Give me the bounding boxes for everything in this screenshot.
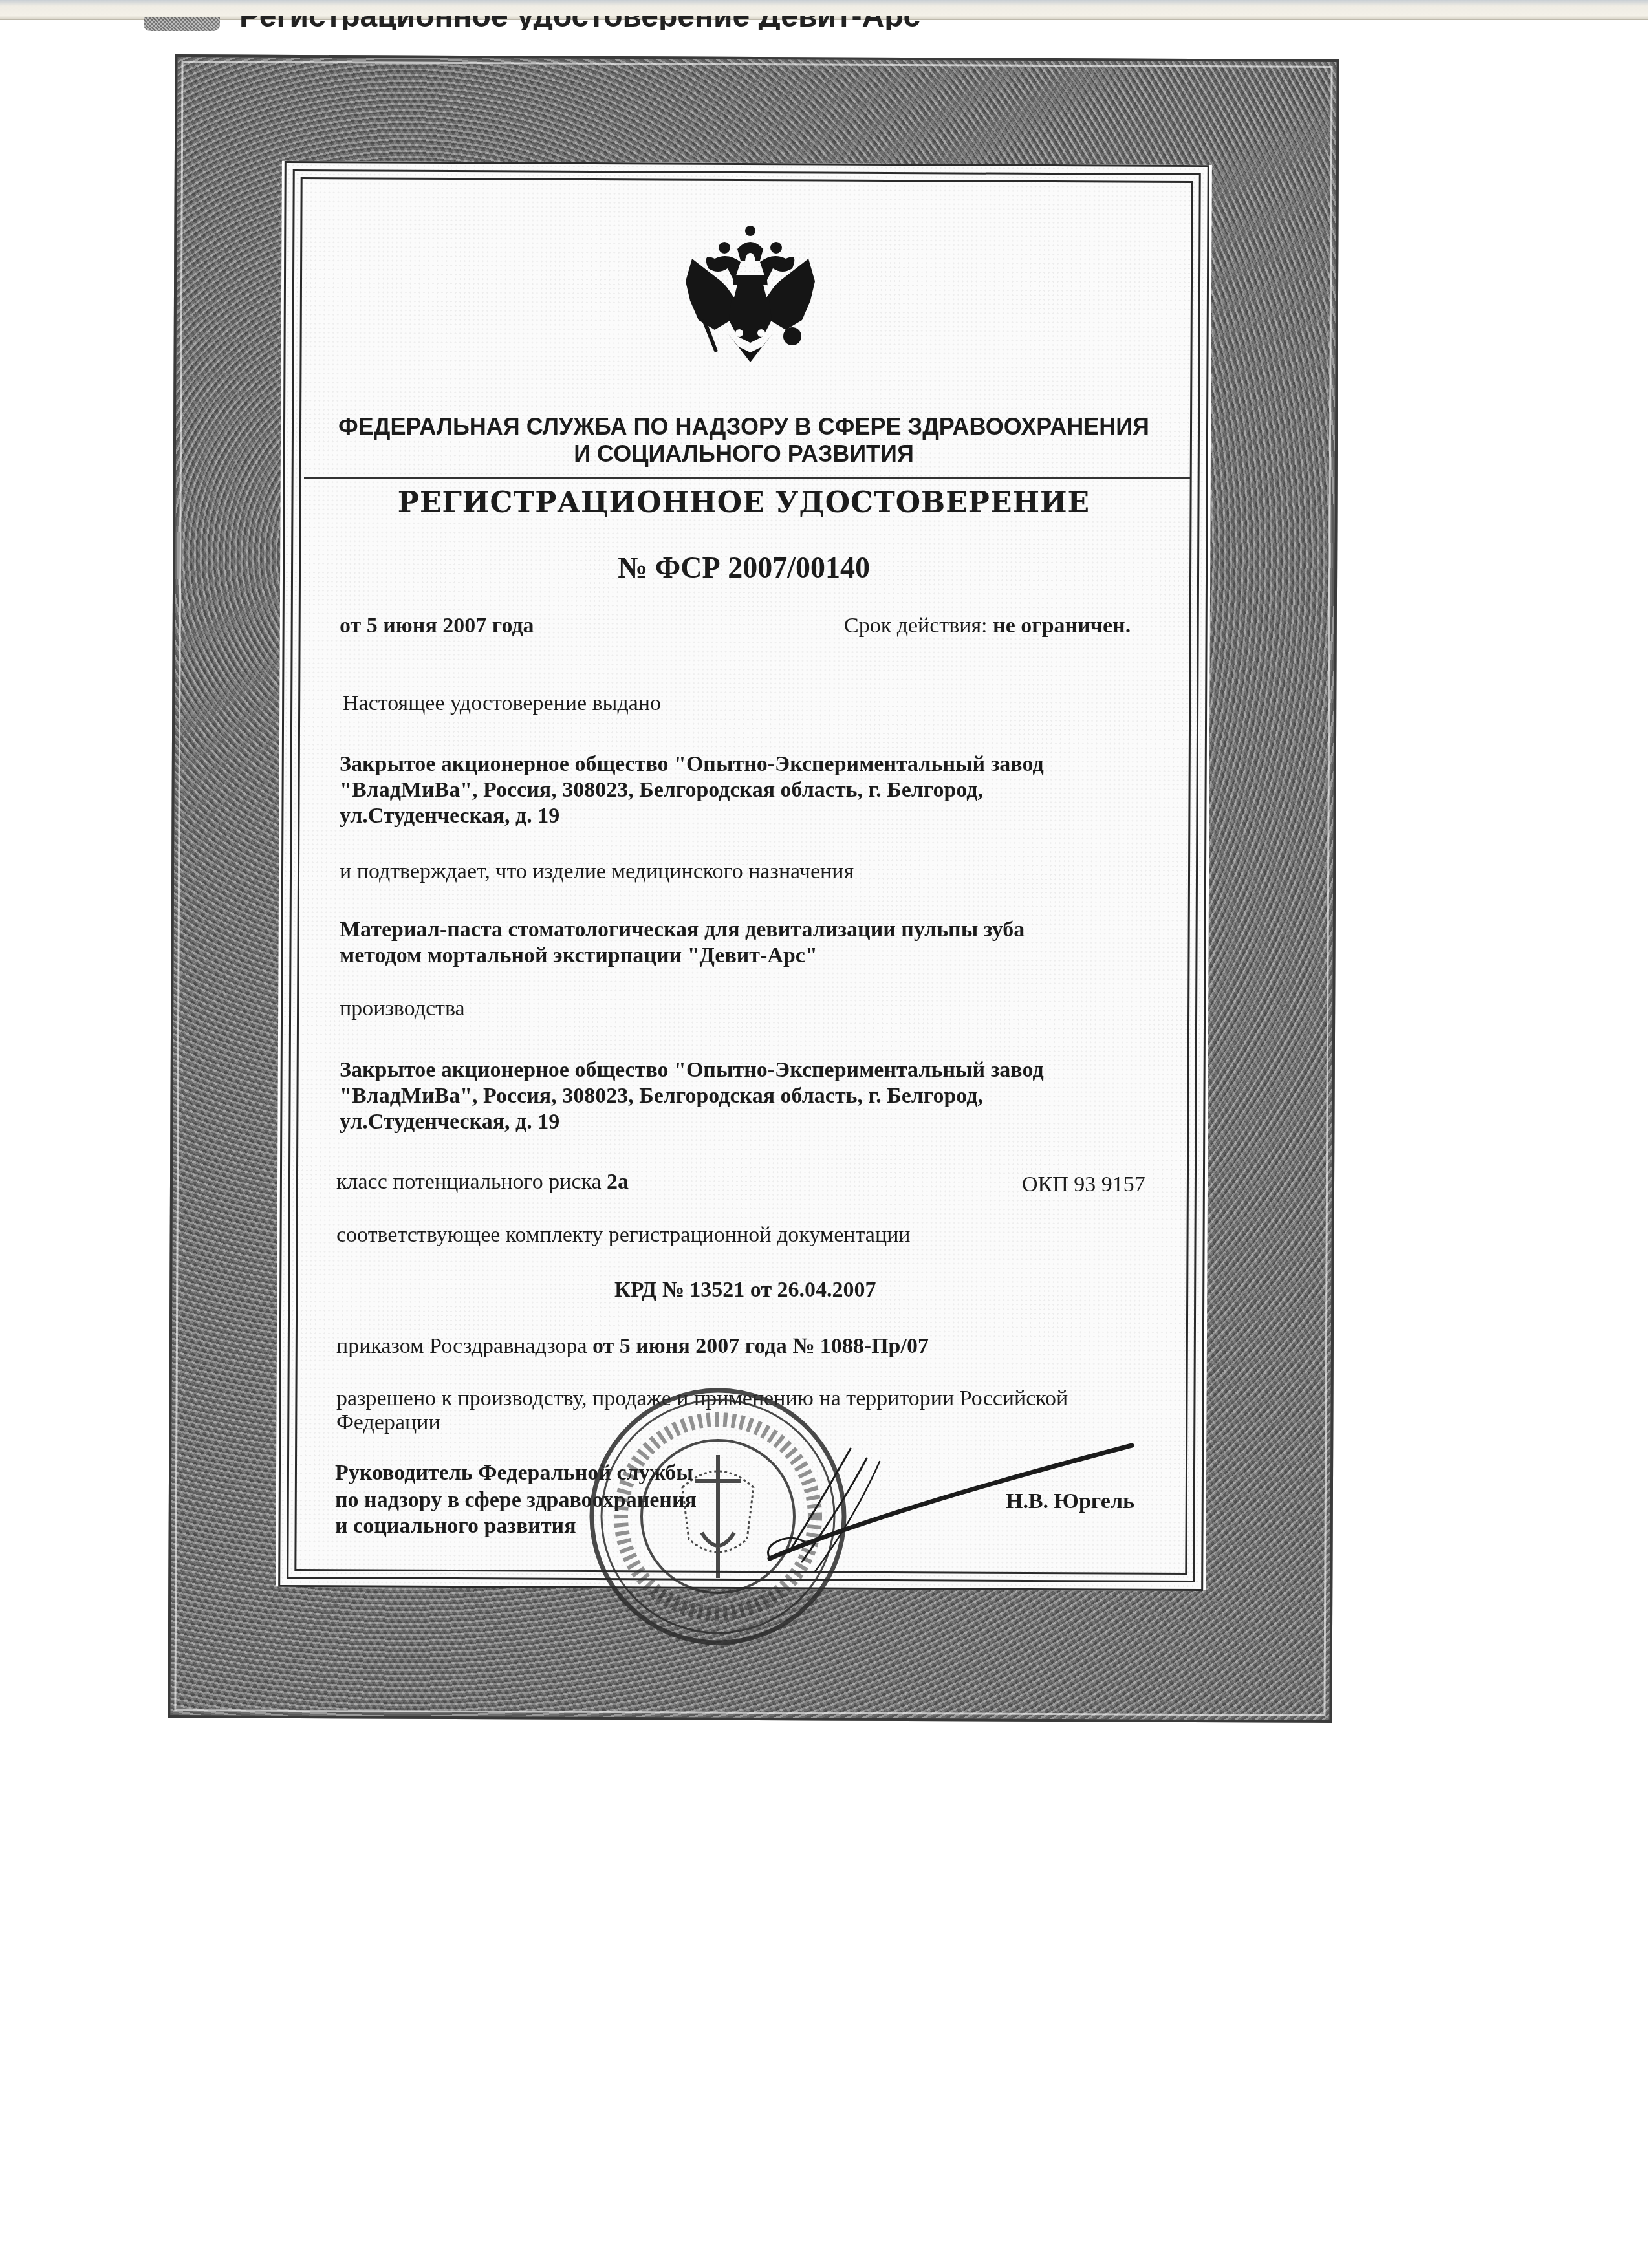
- validity-value: не ограничен.: [993, 614, 1131, 638]
- order: приказом Росздравнадзора от 5 июня 2007 …: [336, 1334, 929, 1359]
- okp-code: ОКП 93 9157: [1022, 1172, 1145, 1198]
- order-label: приказом Росздравнадзора: [336, 1334, 587, 1358]
- risk-class: класс потенциального риска 2а: [336, 1169, 629, 1195]
- product-line2: методом мортальной экстирпации "Девит-Ар…: [340, 943, 818, 969]
- validity: Срок действия: не ограничен.: [844, 613, 1131, 639]
- krd-number: КРД № 13521 от 26.04.2007: [614, 1277, 876, 1303]
- certificate-number: № ФСР 2007/00140: [291, 550, 1197, 586]
- manufacturer-line1: Закрытое акционерное общество "Опытно-Эк…: [340, 1057, 1044, 1083]
- manufacturer-label: производства: [340, 996, 465, 1022]
- certificate: ФЕДЕРАЛЬНАЯ СЛУЖБА ПО НАДЗОРУ В СФЕРЕ ЗД…: [0, 0, 1648, 1746]
- documentation-label: соответствующее комплекту регистрационно…: [336, 1222, 911, 1248]
- validity-label: Срок действия:: [844, 614, 988, 638]
- signature-mark: [744, 1423, 1164, 1578]
- manufacturer-line3: ул.Студенческая, д. 19: [340, 1109, 559, 1135]
- confirms-label: и подтверждает, что изделие медицинского…: [340, 859, 854, 885]
- agency-name-line2: И СОЦИАЛЬНОГО РАЗВИТИЯ: [291, 441, 1197, 467]
- order-value: от 5 июня 2007 года № 1088-Пр/07: [592, 1334, 929, 1358]
- holder-line1: Закрытое акционерное общество "Опытно-Эк…: [340, 751, 1044, 777]
- certificate-title: РЕГИСТРАЦИОННОЕ УДОСТОВЕРЕНИЕ: [291, 486, 1197, 520]
- russian-coat-of-arms-icon: [682, 223, 818, 365]
- signatory-title-line3: и социального развития: [335, 1513, 576, 1539]
- header-divider: [304, 477, 1190, 479]
- permission-line2: Федерации: [336, 1410, 440, 1436]
- holder-line2: "ВладМиВа", Россия, 308023, Белгородская…: [340, 777, 983, 803]
- risk-class-label: класс потенциального риска: [336, 1170, 602, 1194]
- agency-name-line1: ФЕДЕРАЛЬНАЯ СЛУЖБА ПО НАДЗОРУ В СФЕРЕ ЗД…: [291, 414, 1197, 440]
- manufacturer-line2: "ВладМиВа", Россия, 308023, Белгородская…: [340, 1083, 983, 1109]
- risk-class-value: 2а: [607, 1170, 629, 1194]
- issued-to-label: Настоящее удостоверение выдано: [343, 691, 661, 717]
- holder-line3: ул.Студенческая, д. 19: [340, 803, 559, 829]
- product-line1: Материал-паста стоматологическая для дев…: [340, 917, 1025, 943]
- issue-date: от 5 июня 2007 года: [340, 613, 534, 639]
